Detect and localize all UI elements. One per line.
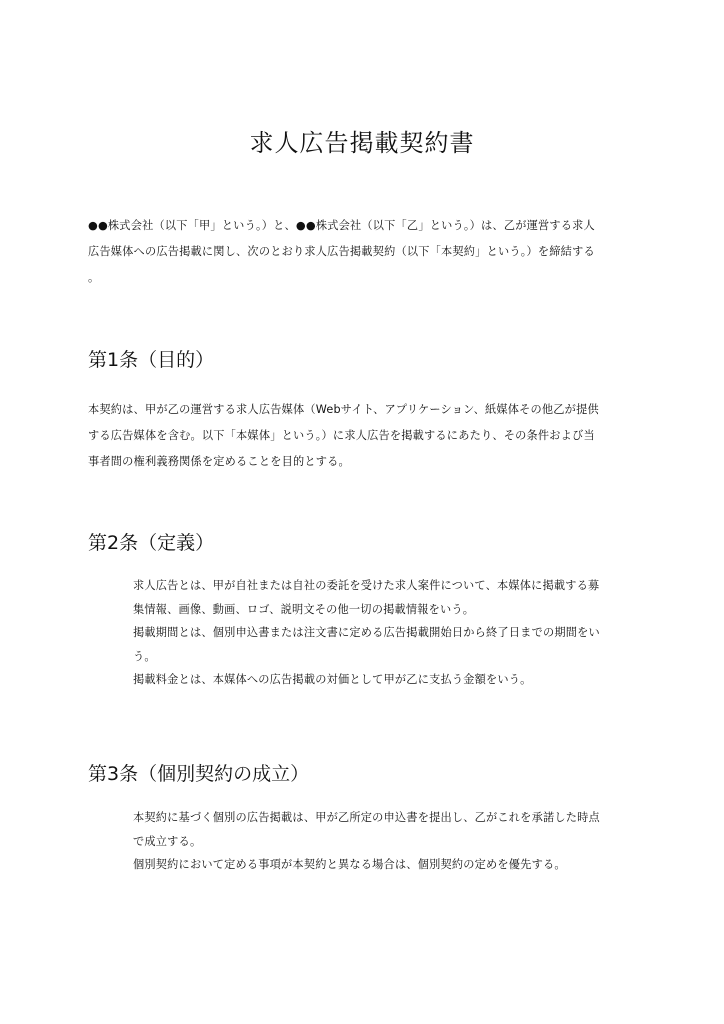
article-2-item: 掲載期間とは、個別申込書または注文書に定める広告掲載開始日から終了日までの期間を… [133, 621, 663, 668]
article-3-item: 個別契約において定める事項が本契約と異なる場合は、個別契約の定めを優先する。 [133, 853, 663, 877]
intro-paragraph: ●●株式会社（以下「甲」という。）と、●●株式会社（以下「乙」という。）は、乙が… [88, 213, 648, 291]
article-2-item: 求人広告とは、甲が自社または自社の委託を受けた求人案件について、本媒体に掲載する… [133, 574, 663, 621]
article-3-list: 本契約に基づく個別の広告掲載は、甲が乙所定の申込書を提出し、乙がこれを承諾した時… [133, 806, 663, 877]
article-1-body: 本契約は、甲が乙の運営する求人広告媒体（Webサイト、アプリケーション、紙媒体そ… [88, 397, 648, 475]
document-page: 求人広告掲載契約書 ●●株式会社（以下「甲」という。）と、●●株式会社（以下「乙… [0, 0, 724, 1024]
article-2-heading: 第2条（定義） [88, 529, 214, 557]
article-3-heading: 第3条（個別契約の成立） [88, 760, 309, 788]
article-2-item: 掲載料金とは、本媒体への広告掲載の対価として甲が乙に支払う金額をいう。 [133, 668, 663, 692]
article-1-heading: 第1条（目的） [88, 346, 214, 374]
document-title: 求人広告掲載契約書 [0, 126, 724, 160]
article-2-list: 求人広告とは、甲が自社または自社の委託を受けた求人案件について、本媒体に掲載する… [133, 574, 663, 692]
article-3-item: 本契約に基づく個別の広告掲載は、甲が乙所定の申込書を提出し、乙がこれを承諾した時… [133, 806, 663, 853]
